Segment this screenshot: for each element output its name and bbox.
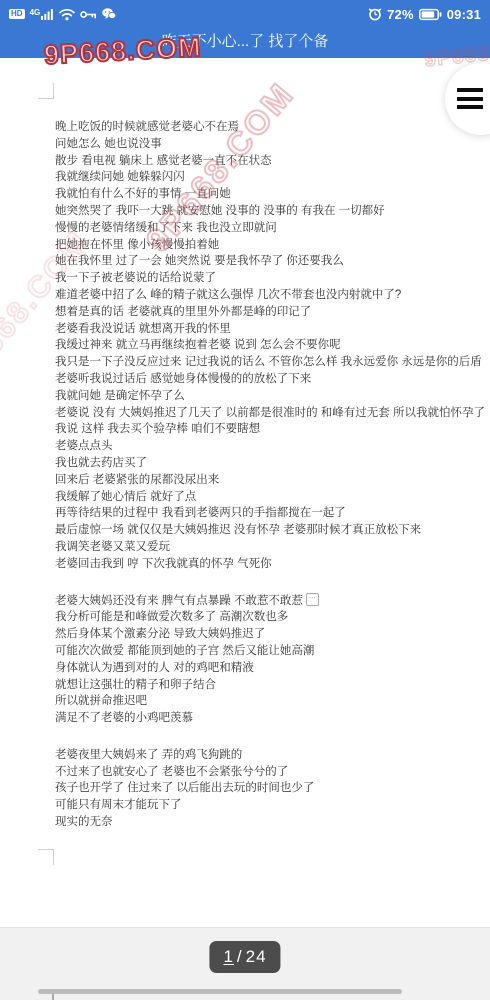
text-line: 老婆听我说过话后 感觉她身体慢慢的的放松了下来 (55, 371, 488, 388)
text-line: 老婆夜里大姨妈来了 弄的鸡飞狗跳的 (55, 747, 488, 764)
top-bar: HD 4G (0, 0, 490, 58)
text-line: 我调笑老婆又菜又爱玩 (55, 539, 488, 556)
text-line: 难道老婆中招了么 峰的精子就这么强悍 几次不带套也没内射就中了? (55, 287, 488, 304)
text-line: 慢慢的老婆情绪缓和了下来 我也没立即就问 (55, 220, 488, 237)
broken-emoji-icon (306, 593, 319, 606)
status-bar: HD 4G (0, 0, 490, 28)
text-line: 我说 这样 我去买个验孕棒 咱们不要瞎想 (55, 421, 488, 438)
clock-label: 09:31 (447, 7, 481, 22)
text-line: 就想让这强壮的精子和卵子结合 (55, 677, 488, 694)
page-title: 昨天不小心...了 找了个备 (162, 33, 329, 50)
vpn-key-icon (80, 9, 97, 20)
text-line: 可能次次做爱 都能顶到她的子宫 然后又能让她高潮 (55, 643, 488, 660)
wechat-icon (102, 8, 116, 20)
text-line: 我也就去药店买了 (55, 455, 488, 472)
4g-signal-icon: 4G (30, 8, 55, 20)
text-line: 所以就拼命推迟吧 (55, 693, 488, 710)
text-line: 我就继续问她 她躲躲闪闪 (55, 169, 488, 186)
text-line: 老婆点点头 (55, 438, 488, 455)
text-line: 老婆大姨妈还没有来 脾气有点暴躁 不敢惹不敢惹 (55, 593, 488, 610)
hd-icon: HD (9, 9, 25, 19)
text-line: 回来后 老婆紧张的尿都没尿出来 (55, 472, 488, 489)
battery-icon (419, 8, 442, 21)
text-line: 然后身体某个激素分泌 导致大姨妈推迟了 (55, 626, 488, 643)
current-page-number: 1 (223, 947, 233, 966)
total-pages-number: 24 (246, 947, 267, 966)
text-line: 我只是一下子没反应过来 记过我说的话么 不管你怎么样 我永远爱你 永远是你的后盾 (55, 354, 488, 371)
text-line: 老婆说 没有 大姨妈推迟了几天了 以前都是很准时的 和峰有过无套 所以我就怕怀孕… (55, 405, 488, 422)
phone-screen: HD 4G (0, 0, 490, 1000)
text-line: 问她怎么 她也说没事 (55, 136, 488, 153)
text-line: 老婆回击我到 哼 下次我就真的怀孕 气死你 (55, 556, 488, 573)
page-separator: / (237, 947, 243, 966)
network-type-label: 4G (30, 9, 41, 17)
page-corner-mark-bottom (38, 849, 54, 865)
text-line: 我缓解了她心情后 就好了点 (55, 489, 488, 506)
text-line: 满足不了老婆的小鸡吧羡慕 (55, 710, 488, 727)
status-icons-left: HD 4G (9, 8, 116, 21)
page-indicator-badge[interactable]: 1/24 (209, 941, 280, 973)
reading-progress-slider[interactable] (38, 989, 402, 995)
text-line: 我就问她 是确定怀孕了么 (55, 388, 488, 405)
page-corner-mark-top (38, 83, 54, 99)
text-line: 想着是真的话 老婆就真的里里外外都是峰的印记了 (55, 304, 488, 321)
title-bar: 昨天不小心...了 找了个备 (0, 28, 490, 58)
text-line: 我缓过神来 就立马再继续抱着老婆 说到 怎么会不要你呢 (55, 337, 488, 354)
hamburger-menu-icon (457, 88, 483, 114)
text-line: 最后虚惊一场 就仅仅是大姨妈推迟 没有怀孕 老婆那时候才真正放松下来 (55, 522, 488, 539)
text-line: 老婆看我没说话 就想离开我的怀里 (55, 321, 488, 338)
text-line: 孩子也开学了 住过来了 以后能出去玩的时间也少了 (55, 780, 488, 797)
text-line: 我就怕有什么不好的事情 一直问她 (55, 186, 488, 203)
text-line: 身体就认为遇到对的人 对的鸡吧和精液 (55, 660, 488, 677)
alarm-clock-icon (368, 7, 382, 21)
text-line: 我分析可能是和峰做爱次数多了 高潮次数也多 (55, 609, 488, 626)
text-line: 她在我怀里 过了一会 她突然说 要是我怀孕了 你还要我么 (55, 253, 488, 270)
text-line: 散步 看电视 躺床上 感觉老婆一直不在状态 (55, 153, 488, 170)
text-line: 不过来了也就安心了 老婆也不会紧张兮兮的了 (55, 764, 488, 781)
text-line: 再等待结果的过程中 我看到老婆两只的手指都搅在一起了 (55, 505, 488, 522)
paragraph: 晚上吃饭的时候就感觉老婆心不在焉问她怎么 她也说没事散步 看电视 躺床上 感觉老… (55, 119, 488, 573)
text-line: 现实的无奈 (55, 814, 488, 831)
text-line: 可能只有周末才能玩下了 (55, 797, 488, 814)
paragraph: 老婆大姨妈还没有来 脾气有点暴躁 不敢惹不敢惹我分析可能是和峰做爱次数多了 高潮… (55, 593, 488, 727)
bottom-bar: 1/24 (0, 927, 490, 1000)
reader-text[interactable]: 晚上吃饭的时候就感觉老婆心不在焉问她怎么 她也说没事散步 看电视 躺床上 感觉老… (55, 119, 488, 831)
text-line: 我一下子被老婆说的话给说蒙了 (55, 270, 488, 287)
wifi-icon (59, 8, 75, 21)
text-line: 晚上吃饭的时候就感觉老婆心不在焉 (55, 119, 488, 136)
text-line: 把她抱在怀里 像小孩慢慢拍着她 (55, 237, 488, 254)
bottom-corner-tick (52, 994, 54, 1000)
paragraph: 老婆夜里大姨妈来了 弄的鸡飞狗跳的不过来了也就安心了 老婆也不会紧张兮兮的了孩子… (55, 747, 488, 831)
text-line: 她突然哭了 我吓一大跳 就安慰她 没事的 没事的 有我在 一切都好 (55, 203, 488, 220)
battery-percent-label: 72% (387, 7, 414, 22)
status-icons-right: 72% 09:31 (368, 7, 481, 22)
